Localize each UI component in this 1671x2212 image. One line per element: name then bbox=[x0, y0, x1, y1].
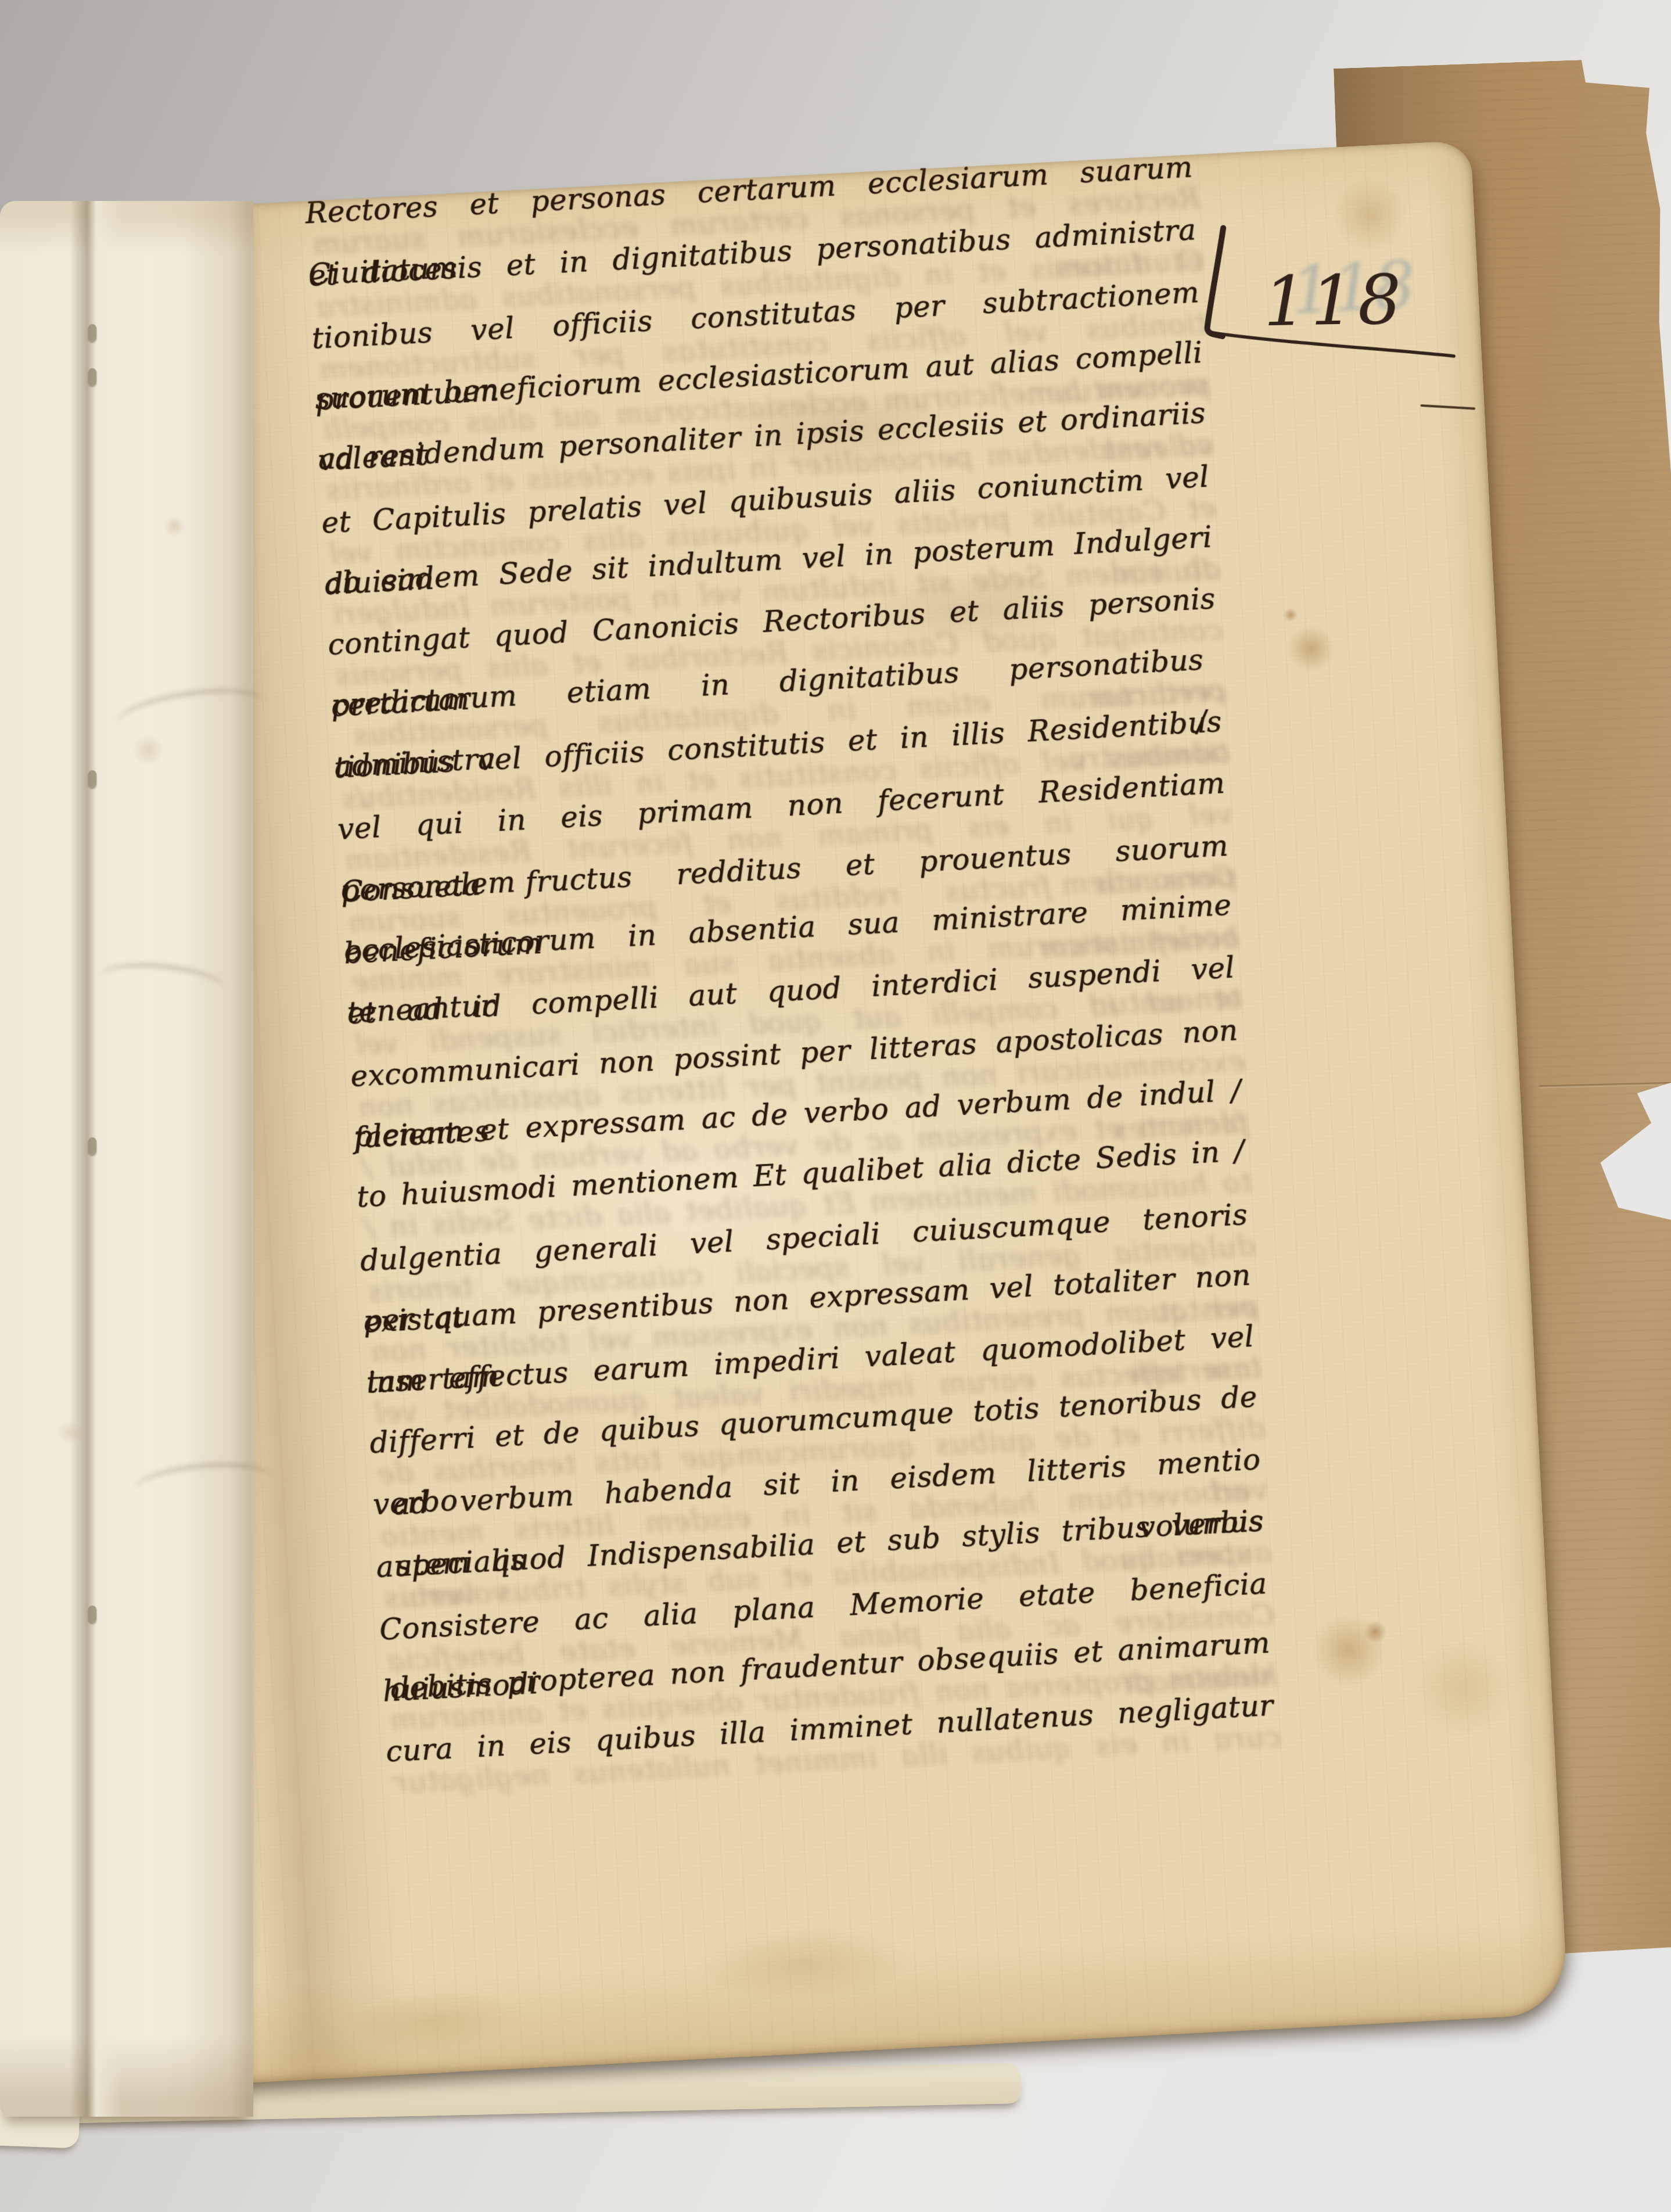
manuscript-scan: Rectores et personas certarum ecclesiaru… bbox=[0, 0, 1671, 2212]
binding-stitch bbox=[88, 324, 96, 342]
folio-number: 118 bbox=[1263, 259, 1406, 342]
short-ink-rule bbox=[1422, 403, 1474, 411]
binding-stitch bbox=[88, 770, 96, 788]
binding-stitch bbox=[88, 368, 96, 386]
page-stack-fore-edge bbox=[0, 201, 253, 2117]
binding-stitch bbox=[88, 1606, 96, 1623]
folio-bracket-mark bbox=[1202, 228, 1229, 337]
binding-stitch bbox=[88, 1137, 96, 1155]
